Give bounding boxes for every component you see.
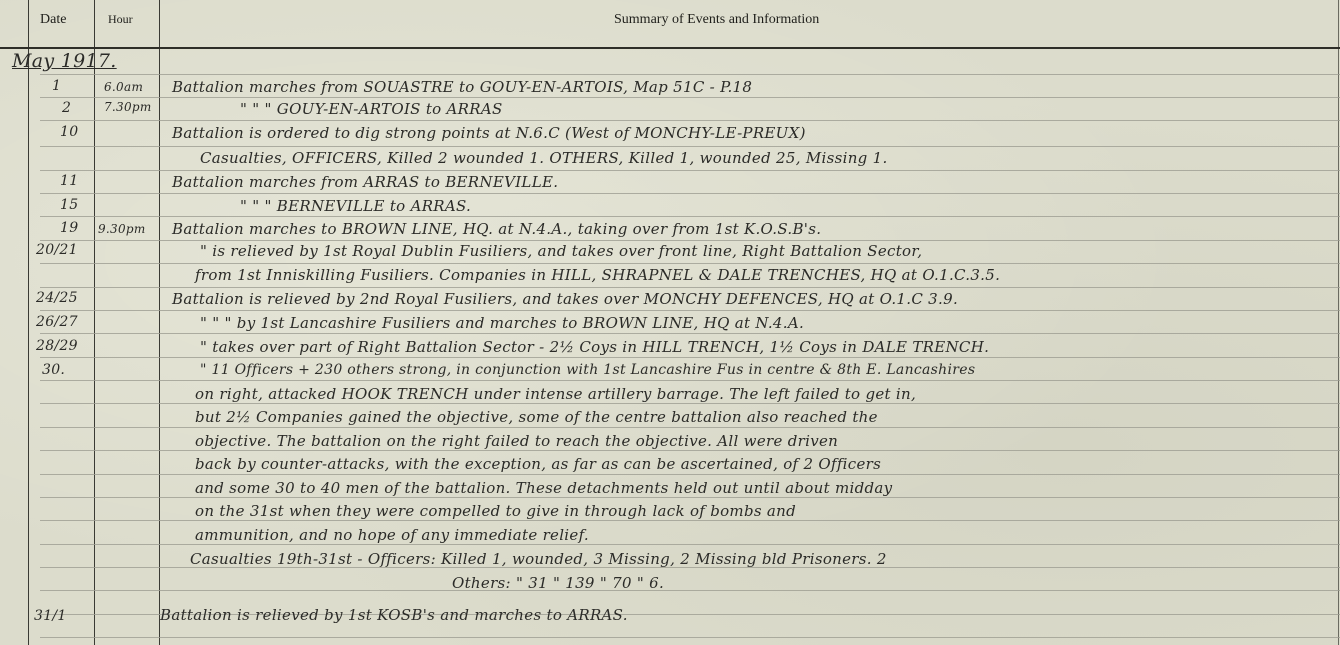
ruled-line [40,193,1340,194]
ruled-line [40,170,1340,171]
ruled-line [40,590,1340,591]
ruled-line [40,520,1340,521]
entry-text: Casualties, OFFICERS, Killed 2 wounded 1… [200,149,888,167]
entry-date: 24/25 [36,290,78,306]
entry-text: on the 31st when they were compelled to … [195,502,796,520]
ruled-line [40,120,1340,121]
summary-column-header: Summary of Events and Information [614,12,819,28]
entry-text: on right, attacked HOOK TRENCH under int… [195,385,916,403]
entry-date: 20/21 [36,242,78,258]
entry-date: 10 [60,124,78,140]
entry-date: 19 [60,220,78,236]
ruled-line [40,357,1340,358]
entry-text: " is relieved by 1st Royal Dublin Fusili… [200,242,922,260]
entry-text: back by counter-attacks, with the except… [195,455,881,473]
left-margin-rule [28,0,29,645]
ruled-line [40,310,1340,311]
entry-text: " " " GOUY-EN-ARTOIS to ARRAS [240,100,503,118]
entry-date: 11 [60,173,78,189]
header-rule [0,47,1340,49]
entry-date: 30. [42,362,65,378]
entry-date: 2 [62,100,71,116]
ruled-line [40,216,1340,217]
entry-date: 26/27 [36,314,78,330]
hour-column-header: Hour [108,12,133,27]
entry-date: 15 [60,197,78,213]
casualties-others-line: Others: " 31 " 139 " 70 " 6. [452,574,664,592]
ruled-line [40,427,1340,428]
ruled-line [40,333,1340,334]
entry-text: Battalion marches from ARRAS to BERNEVIL… [172,173,558,191]
entry-date: 28/29 [36,338,78,354]
entry-text: Battalion marches to BROWN LINE, HQ. at … [172,220,821,238]
entry-text: ammunition, and no hope of any immediate… [195,526,589,544]
entry-text: " 11 Officers + 230 others strong, in co… [200,362,975,378]
entry-text: " " " BERNEVILLE to ARRAS. [240,197,471,215]
ruled-line [40,380,1340,381]
ruled-line [40,497,1340,498]
ruled-line [40,146,1340,147]
entry-text: from 1st Inniskilling Fusiliers. Compani… [195,266,1000,284]
ruled-line [40,240,1340,241]
entry-date: 1 [52,78,61,94]
entry-text: and some 30 to 40 men of the battalion. … [195,479,892,497]
entry-text: Battalion marches from SOUASTRE to GOUY-… [172,78,752,96]
ruled-line [40,474,1340,475]
entry-text: Battalion is relieved by 1st KOSB's and … [160,606,628,624]
entry-date: 31/1 [34,608,67,624]
entry-text: objective. The battalion on the right fa… [195,432,838,450]
ruled-line [40,403,1340,404]
entry-text: " takes over part of Right Battalion Sec… [200,338,989,356]
entry-hour: 7.30pm [104,100,152,114]
ruled-line [40,450,1340,451]
entry-text: Battalion is relieved by 2nd Royal Fusil… [172,290,958,308]
ruled-line [40,544,1340,545]
ruled-line [40,74,1340,75]
entry-text: " " " by 1st Lancashire Fusiliers and ma… [200,314,804,332]
month-heading: May 1917. [12,50,117,72]
entry-hour: 6.0am [104,80,143,94]
ruled-line [40,263,1340,264]
entry-text: but 2½ Companies gained the objective, s… [195,408,878,426]
casualties-officers-line: Casualties 19th-31st - Officers: Killed … [190,550,887,568]
ruled-line [40,637,1340,638]
ruled-line [40,287,1340,288]
entry-hour: 9.30pm [98,222,146,236]
war-diary-page: Date Hour Summary of Events and Informat… [0,0,1340,645]
date-column-header: Date [40,12,66,28]
ruled-line [40,97,1340,98]
entry-text: Battalion is ordered to dig strong point… [172,124,806,142]
